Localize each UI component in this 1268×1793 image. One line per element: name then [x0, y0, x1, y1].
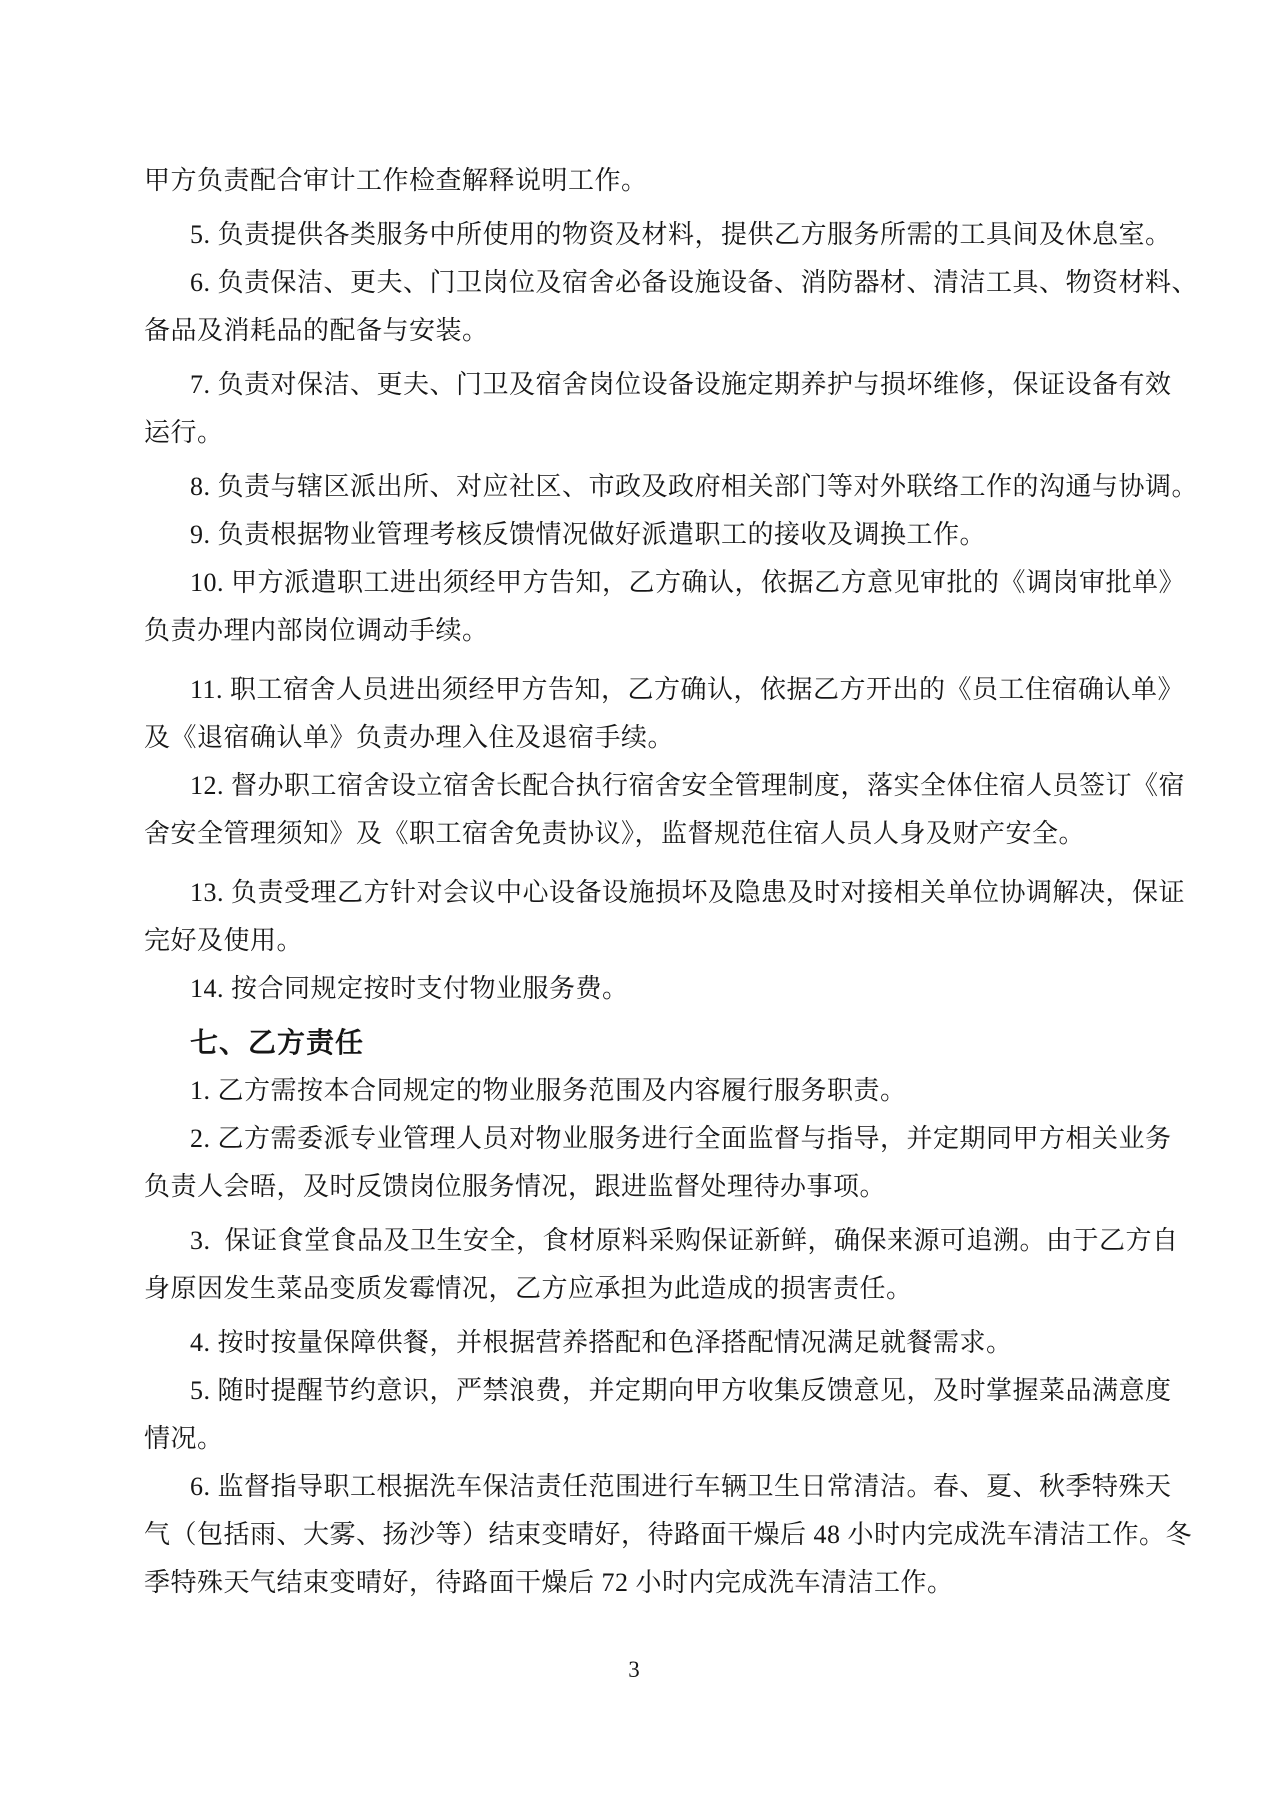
- document-lines: 甲方负责配合审计工作检查解释说明工作。5. 负责提供各类服务中所使用的物资及材料…: [144, 157, 1168, 1607]
- text-line: 气（包括雨、大雾、扬沙等）结束变晴好，待路面干燥后 48 小时内完成洗车清洁工作…: [144, 1511, 1168, 1559]
- page-number: 3: [0, 1652, 1268, 1688]
- text-line: 6. 负责保洁、更夫、门卫岗位及宿舍必备设施设备、消防器材、清洁工具、物资材料、: [144, 259, 1168, 307]
- text-line: 6. 监督指导职工根据洗车保洁责任范围进行车辆卫生日常清洁。春、夏、秋季特殊天: [144, 1463, 1168, 1511]
- text-line: 1. 乙方需按本合同规定的物业服务范围及内容履行服务职责。: [144, 1067, 1168, 1115]
- text-line: 完好及使用。: [144, 917, 1168, 965]
- text-line: 2. 乙方需委派专业管理人员对物业服务进行全面监督与指导，并定期同甲方相关业务: [144, 1115, 1168, 1163]
- text-line: 3. 保证食堂食品及卫生安全，食材原料采购保证新鲜，确保来源可追溯。由于乙方自: [144, 1217, 1168, 1265]
- text-line: 14. 按合同规定按时支付物业服务费。: [144, 965, 1168, 1013]
- text-line: 甲方负责配合审计工作检查解释说明工作。: [144, 157, 1168, 205]
- text-line: 及《退宿确认单》负责办理入住及退宿手续。: [144, 714, 1168, 762]
- text-line: 11. 职工宿舍人员进出须经甲方告知，乙方确认，依据乙方开出的《员工住宿确认单》: [144, 666, 1168, 714]
- text-line: 季特殊天气结束变晴好，待路面干燥后 72 小时内完成洗车清洁工作。: [144, 1559, 1168, 1607]
- text-line: 5. 负责提供各类服务中所使用的物资及材料，提供乙方服务所需的工具间及休息室。: [144, 211, 1168, 259]
- text-line: 运行。: [144, 409, 1168, 457]
- text-line: 4. 按时按量保障供餐，并根据营养搭配和色泽搭配情况满足就餐需求。: [144, 1319, 1168, 1367]
- text-line: 负责办理内部岗位调动手续。: [144, 607, 1168, 655]
- text-line: 备品及消耗品的配备与安装。: [144, 307, 1168, 355]
- text-line: 身原因发生菜品变质发霉情况，乙方应承担为此造成的损害责任。: [144, 1265, 1168, 1313]
- text-line: 8. 负责与辖区派出所、对应社区、市政及政府相关部门等对外联络工作的沟通与协调。: [144, 463, 1168, 511]
- text-line: 9. 负责根据物业管理考核反馈情况做好派遣职工的接收及调换工作。: [144, 511, 1168, 559]
- section-heading: 七、乙方责任: [144, 1019, 1168, 1067]
- text-line: 10. 甲方派遣职工进出须经甲方告知，乙方确认，依据乙方意见审批的《调岗审批单》: [144, 559, 1168, 607]
- text-line: 13. 负责受理乙方针对会议中心设备设施损坏及隐患及时对接相关单位协调解决，保证: [144, 869, 1168, 917]
- text-line: 舍安全管理须知》及《职工宿舍免责协议》，监督规范住宿人员人身及财产安全。: [144, 810, 1168, 858]
- text-line: 负责人会晤，及时反馈岗位服务情况，跟进监督处理待办事项。: [144, 1163, 1168, 1211]
- text-line: 5. 随时提醒节约意识，严禁浪费，并定期向甲方收集反馈意见，及时掌握菜品满意度: [144, 1367, 1168, 1415]
- document-page: 甲方负责配合审计工作检查解释说明工作。5. 负责提供各类服务中所使用的物资及材料…: [0, 0, 1268, 1793]
- text-line: 12. 督办职工宿舍设立宿舍长配合执行宿舍安全管理制度，落实全体住宿人员签订《宿: [144, 762, 1168, 810]
- text-line: 7. 负责对保洁、更夫、门卫及宿舍岗位设备设施定期养护与损坏维修，保证设备有效: [144, 361, 1168, 409]
- text-line: 情况。: [144, 1415, 1168, 1463]
